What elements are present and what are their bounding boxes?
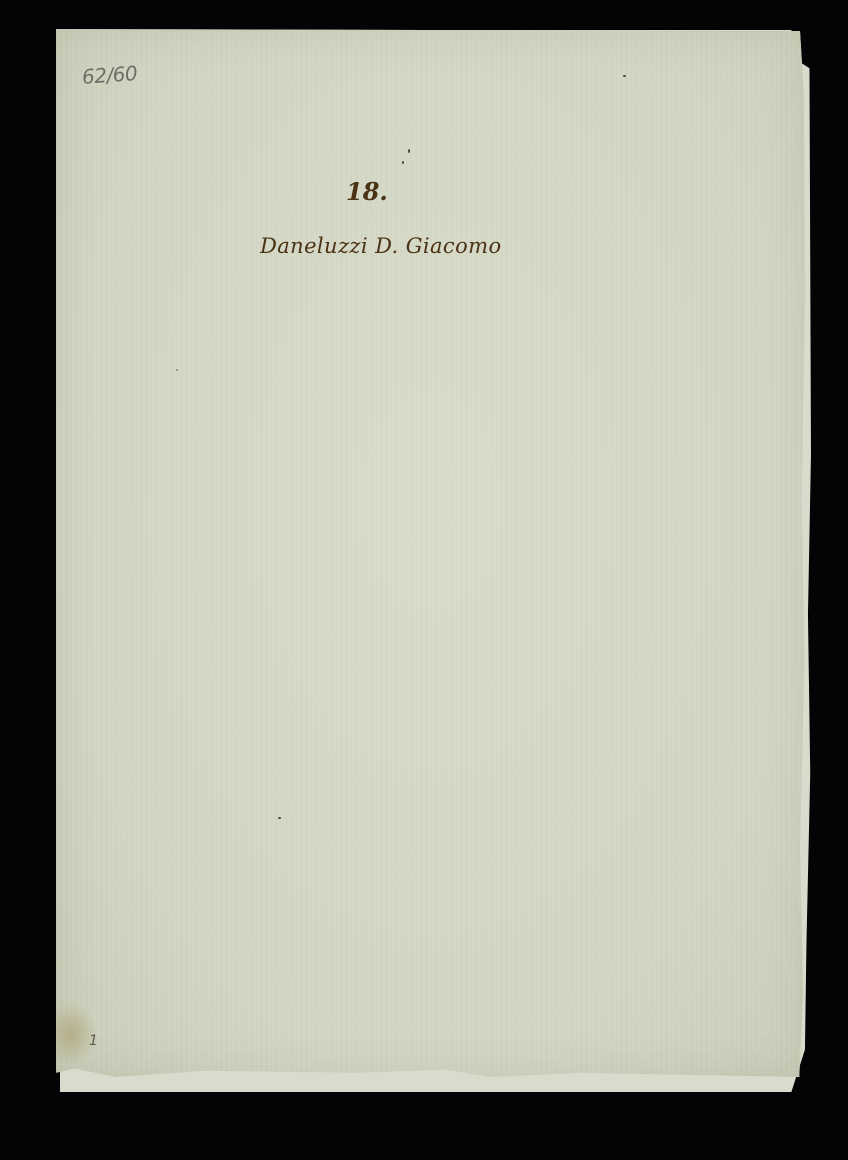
ink-speck — [278, 817, 281, 819]
ink-speck — [402, 161, 404, 164]
ink-speck — [408, 149, 410, 153]
person-name: Daneluzzi D. Giacomo — [260, 234, 501, 258]
ink-speck — [176, 369, 178, 371]
page-mark: 1 — [89, 1033, 98, 1049]
paper-sheet: 62/60 18. Daneluzzi D. Giacomo 1 — [56, 29, 806, 1077]
scan-background: 62/60 18. Daneluzzi D. Giacomo 1 — [0, 0, 848, 1160]
folio-number: 18. — [346, 177, 388, 206]
pencil-reference-number: 62/60 — [81, 61, 138, 89]
ink-speck — [623, 75, 626, 77]
